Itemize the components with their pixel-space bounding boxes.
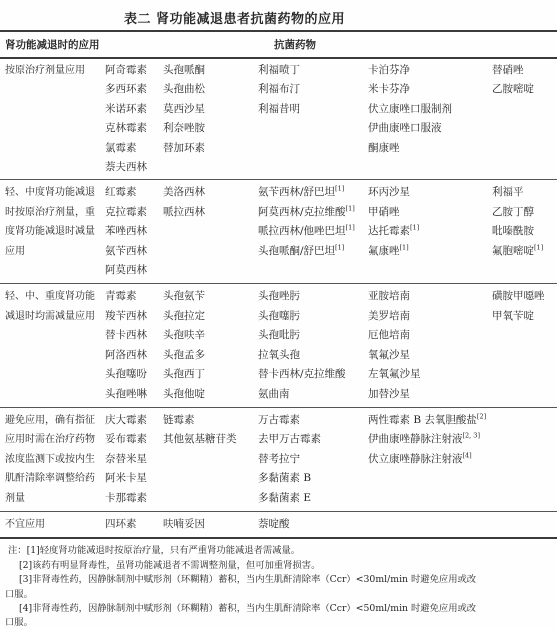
row-label: 不宜应用: [5, 515, 105, 534]
drug-name: 氟康唑[1]: [368, 242, 492, 261]
drug-name: 克林霉素: [105, 119, 163, 138]
drug-column: 美洛西林 哌拉西林: [163, 183, 258, 222]
drug-name: 其他氨基糖苷类: [163, 430, 258, 449]
drug-name: 吡嗪酰胺: [492, 222, 552, 241]
drug-name: 米卡芬净: [368, 80, 492, 99]
column-header-drugs: 抗菌药物: [105, 37, 557, 52]
drug-name: 哌拉西林: [163, 203, 258, 222]
footnote-line: [2]该药有明显肾毒性，虽肾功能减退者不需调整剂量，但可加重肾损害。: [5, 559, 553, 573]
drug-name: 两性霉素 B 去氧胆酸盐[2]: [368, 411, 552, 430]
row-label: 轻、中度肾功能减退时按原治疗剂量，重度肾功能减退时减量应用: [5, 183, 105, 261]
drug-name: 奈替米星: [105, 450, 163, 469]
drug-column: 卡泊芬净 米卡芬净 伏立康唑口服制剂 伊曲康唑口服液 酮康唑: [368, 61, 492, 158]
drug-name: 呋喃妥因: [163, 515, 258, 534]
drug-name: 阿莫西林/克拉维酸[1]: [258, 203, 368, 222]
footnote-line: [4]非肾毒性药，因静脉制剂中赋形剂（环糊精）蓄积，当内生肌酐清除率（Ccr）<…: [5, 602, 553, 616]
drug-name: 酮康唑: [368, 139, 492, 158]
drug-name: 甲氧苄啶: [492, 307, 552, 326]
drug-name: 青霉素: [105, 287, 163, 306]
drug-column: 利福平 乙胺丁醇 吡嗪酰胺 氟胞嘧啶[1]: [492, 183, 552, 261]
drug-name: 万古霉素: [258, 411, 368, 430]
row-label: 轻、中、重度肾功能减退时均需减量应用: [5, 287, 105, 326]
drug-name: 氟胞嘧啶[1]: [492, 242, 552, 261]
drug-name: 头孢吡肟: [258, 326, 368, 345]
drug-name: 羧苄西林: [105, 307, 163, 326]
drug-name: 利奈唑胺: [163, 119, 258, 138]
drug-name: 头孢噻吩: [105, 365, 163, 384]
drug-name: 阿米卡星: [105, 469, 163, 488]
drug-name: 头孢氨苄: [163, 287, 258, 306]
page-title: 表二 肾功能减退患者抗菌药物的应用: [0, 0, 557, 30]
table-row: 轻、中、重度肾功能减退时均需减量应用 青霉素 羧苄西林 替卡西林 阿洛西林 头孢…: [0, 284, 557, 406]
drug-column: 萘啶酸: [258, 515, 368, 534]
drug-name: 头孢唑啉: [105, 385, 163, 404]
drug-column: 磺胺甲噁唑 甲氧苄啶: [492, 287, 552, 326]
drug-column: 头孢唑肟 头孢噻肟 头孢吡肟 拉氧头孢 替卡西林/克拉维酸 氨曲南: [258, 287, 368, 403]
drug-name: 多黏菌素 B: [258, 469, 368, 488]
drug-column: 两性霉素 B 去氧胆酸盐[2] 伊曲康唑静脉注射液[2, 3] 伏立康唑静脉注射…: [368, 411, 552, 469]
column-header-application: 肾功能减退时的应用: [5, 37, 105, 52]
drug-name: 妥布霉素: [105, 430, 163, 449]
drug-name: 四环素: [105, 515, 163, 534]
drug-name: 头孢噻肟: [258, 307, 368, 326]
drug-name: 加替沙星: [368, 385, 492, 404]
drug-name: 头孢哌酮: [163, 61, 258, 80]
drug-name: 链霉素: [163, 411, 258, 430]
drug-name: 米诺环素: [105, 100, 163, 119]
drug-column: 替硝唑 乙胺嘧啶: [492, 61, 552, 100]
drug-column: 链霉素 其他氨基糖苷类: [163, 411, 258, 450]
drug-name: 多西环素: [105, 80, 163, 99]
drug-name: 美罗培南: [368, 307, 492, 326]
drug-name: 多黏菌素 E: [258, 489, 368, 508]
drug-name: 头孢拉定: [163, 307, 258, 326]
drug-name: 头孢呋辛: [163, 326, 258, 345]
drug-column: 万古霉素 去甲万古霉素 替考拉宁 多黏菌素 B 多黏菌素 E: [258, 411, 368, 508]
drug-column: 四环素: [105, 515, 163, 534]
drug-name: 萘啶酸: [258, 515, 368, 534]
drug-name: 拉氧头孢: [258, 346, 368, 365]
drug-name: 替硝唑: [492, 61, 552, 80]
drug-name: 替考拉宁: [258, 450, 368, 469]
footnote-line: 口服。: [5, 616, 553, 629]
drug-name: 替加环素: [163, 139, 258, 158]
table-row: 按原治疗剂量应用 阿奇霉素 多西环素 米诺环素 克林霉素 氯霉素 萘夫西林 头孢…: [0, 59, 557, 179]
table-header-row: 肾功能减退时的应用 抗菌药物: [0, 32, 557, 57]
drug-name: 伊曲康唑口服液: [368, 119, 492, 138]
drug-name: 厄他培南: [368, 326, 492, 345]
drug-name: 磺胺甲噁唑: [492, 287, 552, 306]
drug-name: 红霉素: [105, 183, 163, 202]
drug-name: 亚胺培南: [368, 287, 492, 306]
drug-name: 阿莫西林: [105, 261, 163, 280]
drug-name: 替卡西林/克拉维酸: [258, 365, 368, 384]
footnotes: 注：[1]轻度肾功能减退时按原治疗量，只有严重肾功能减退者需减量。 [2]该药有…: [0, 539, 557, 629]
drug-name: 替卡西林: [105, 326, 163, 345]
drug-name: 左氧氟沙星: [368, 365, 492, 384]
drug-name: 氨苄西林: [105, 242, 163, 261]
drug-name: 氨曲南: [258, 385, 368, 404]
drug-name: 利福喷丁: [258, 61, 368, 80]
drug-name: 头孢他啶: [163, 385, 258, 404]
drug-name: 利福布汀: [258, 80, 368, 99]
drug-name: 去甲万古霉素: [258, 430, 368, 449]
drug-column: 利福喷丁 利福布汀 利福昔明: [258, 61, 368, 119]
footnote-line: 注：[1]轻度肾功能减退时按原治疗量，只有严重肾功能减退者需减量。: [5, 544, 553, 558]
table-row: 避免应用，确有指征应用时需在治疗药物浓度监测下或按内生肌酐清除率调整给药剂量 庆…: [0, 408, 557, 511]
drug-column: 头孢氨苄 头孢拉定 头孢呋辛 头孢孟多 头孢西丁 头孢他啶: [163, 287, 258, 403]
drug-column: 头孢哌酮 头孢曲松 莫西沙星 利奈唑胺 替加环素: [163, 61, 258, 158]
drug-name: 达托霉素[1]: [368, 222, 492, 241]
drug-name: 卡那霉素: [105, 489, 163, 508]
drug-name: 氯霉素: [105, 139, 163, 158]
drug-name: 伏立康唑口服制剂: [368, 100, 492, 119]
drug-column: 环丙沙星 甲硝唑 达托霉素[1] 氟康唑[1]: [368, 183, 492, 261]
drug-name: 萘夫西林: [105, 158, 163, 177]
drug-column: 红霉素 克拉霉素 苯唑西林 氨苄西林 阿莫西林: [105, 183, 163, 280]
drug-column: 呋喃妥因: [163, 515, 258, 534]
drug-name: 利福平: [492, 183, 552, 202]
drug-name: 乙胺丁醇: [492, 203, 552, 222]
drug-name: 哌拉西林/他唑巴坦[1]: [258, 222, 368, 241]
drug-name: 头孢唑肟: [258, 287, 368, 306]
drug-column: 阿奇霉素 多西环素 米诺环素 克林霉素 氯霉素 萘夫西林: [105, 61, 163, 177]
drug-name: 乙胺嘧啶: [492, 80, 552, 99]
drug-name: 头孢西丁: [163, 365, 258, 384]
drug-column: 亚胺培南 美罗培南 厄他培南 氧氟沙星 左氧氟沙星 加替沙星: [368, 287, 492, 403]
drug-name: 苯唑西林: [105, 222, 163, 241]
row-label: 按原治疗剂量应用: [5, 61, 105, 80]
drug-name: 头孢曲松: [163, 80, 258, 99]
drug-name: 氧氟沙星: [368, 346, 492, 365]
footnote-line: [3]非肾毒性药，因静脉制剂中赋形剂（环糊精）蓄积，当内生肌酐清除率（Ccr）<…: [5, 573, 553, 587]
drug-column: 庆大霉素 妥布霉素 奈替米星 阿米卡星 卡那霉素: [105, 411, 163, 508]
drug-name: 利福昔明: [258, 100, 368, 119]
drug-column: 氨苄西林/舒巴坦[1] 阿莫西林/克拉维酸[1] 哌拉西林/他唑巴坦[1] 头孢…: [258, 183, 368, 261]
drug-name: 卡泊芬净: [368, 61, 492, 80]
drug-name: 伏立康唑静脉注射液[4]: [368, 450, 552, 469]
drug-name: 伊曲康唑静脉注射液[2, 3]: [368, 430, 552, 449]
drug-name: 美洛西林: [163, 183, 258, 202]
row-label: 避免应用，确有指征应用时需在治疗药物浓度监测下或按内生肌酐清除率调整给药剂量: [5, 411, 105, 508]
drug-name: 阿洛西林: [105, 346, 163, 365]
drug-column: 青霉素 羧苄西林 替卡西林 阿洛西林 头孢噻吩 头孢唑啉: [105, 287, 163, 403]
drug-name: 氨苄西林/舒巴坦[1]: [258, 183, 368, 202]
drug-name: 克拉霉素: [105, 203, 163, 222]
drug-name: 庆大霉素: [105, 411, 163, 430]
drug-name: 莫西沙星: [163, 100, 258, 119]
table-row: 轻、中度肾功能减退时按原治疗剂量，重度肾功能减退时减量应用 红霉素 克拉霉素 苯…: [0, 180, 557, 283]
footnote-line: 口服。: [5, 588, 553, 602]
drug-name: 甲硝唑: [368, 203, 492, 222]
drug-name: 环丙沙星: [368, 183, 492, 202]
drug-name: 阿奇霉素: [105, 61, 163, 80]
table-row: 不宜应用 四环素 呋喃妥因 萘啶酸: [0, 512, 557, 537]
document-page: 表二 肾功能减退患者抗菌药物的应用 肾功能减退时的应用 抗菌药物 按原治疗剂量应…: [0, 0, 557, 629]
drug-name: 头孢哌酮/舒巴坦[1]: [258, 242, 368, 261]
drug-name: 头孢孟多: [163, 346, 258, 365]
